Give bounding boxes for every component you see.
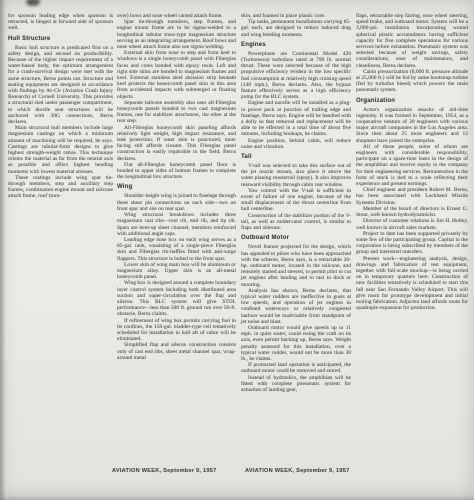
paragraph: Separate tailcone assembly also uses all… <box>117 100 236 125</box>
scan-ink-smudge <box>26 0 40 6</box>
paragraph: If protracted land operation is anticipa… <box>241 362 351 374</box>
scan-edge-shadow-left <box>0 0 6 500</box>
paragraph: Tip tanks, permanent installations carry… <box>241 19 351 38</box>
paragraph: All-Fiberglas honeycomb skin paneling af… <box>117 125 236 162</box>
folio-line-left: AVIATION WEEK, September 9, 1957 <box>112 468 216 474</box>
paragraph: Acme's organization smacks of old-time i… <box>356 107 468 144</box>
paragraph: Powerplants are Continental Model 420 (T… <box>241 51 351 101</box>
paragraph: Wing structural breakdown includes three… <box>117 212 236 237</box>
paragraph: External skin from nose to step and from… <box>117 50 236 100</box>
paragraph: Construction of the stabilizer portion o… <box>241 213 351 232</box>
paragraph: Yaw control with the V-tail is sufficien… <box>241 188 351 213</box>
text-column-2: over) bows and nose wheel canted attach … <box>117 13 236 361</box>
paragraph: Chief engineer and president Robert M. B… <box>356 187 468 206</box>
paragraph: Director of customer relations is Jim H.… <box>356 218 468 230</box>
paragraph: Engine and nacelle will be installed as … <box>241 100 351 137</box>
text-column-4: flaps, retractable step fairing, nose wh… <box>356 13 468 311</box>
folio-line-right: AVIATION WEEK, September 9, 1957 <box>245 468 349 474</box>
paragraph: Shoulder-height wing is joined to fusela… <box>117 193 236 212</box>
section-heading: Tail <box>241 154 351 161</box>
paragraph: Outboard motor would give speeds up to 1… <box>241 325 351 362</box>
paragraph: Analysis has shown, Berns declares, that… <box>241 288 351 325</box>
text-column-1: for sponson leading edge when sponson is… <box>8 13 113 200</box>
scan-edge-shadow-bottom <box>0 495 474 500</box>
paragraph: Cabin pressurization (8,000 ft. pressure… <box>356 69 468 94</box>
paragraph: Project to date has been supported priva… <box>356 231 468 256</box>
scanned-magazine-page: for sponson leading edge when sponson is… <box>0 0 474 500</box>
paragraph: Wing box is designed around a complete b… <box>117 280 236 317</box>
section-heading: Engines <box>241 42 351 49</box>
section-heading: Outboard Motor <box>241 235 351 242</box>
text-column-3: skin, and foamed in place plastic core.T… <box>241 13 351 393</box>
paragraph: Engine position, behind cabin, will redu… <box>241 138 351 150</box>
paragraph: for sponson leading edge when sponson is… <box>8 13 113 32</box>
paragraph: Instead of hydraulics, the amphibian wil… <box>241 375 351 394</box>
paragraph: If refinement of wing box permits carryi… <box>117 318 236 343</box>
paragraph: Member of the board of directors is Erne… <box>356 206 468 218</box>
paragraph: V-tail was selected to take this surface… <box>241 163 351 188</box>
paragraph: Main structural hull members include lar… <box>8 125 113 175</box>
paragraph: Basic hull structure is predicated first… <box>8 45 113 126</box>
paragraph: Novel feature projected for the design, … <box>241 244 351 287</box>
section-heading: Hull Structure <box>8 36 113 43</box>
paragraph: All of these people, some of whom are en… <box>356 144 468 187</box>
paragraph: Present work—engineering analysis, desig… <box>356 256 468 312</box>
paragraph: flaps, retractable step fairing, nose wh… <box>356 13 468 69</box>
paragraph: Flat all-Fiberglas honeycomb panel floor… <box>117 162 236 181</box>
section-heading: Organization <box>356 98 468 105</box>
section-heading: Wing <box>117 184 236 191</box>
paragraph: These castings include wing spar tie-thr… <box>8 175 113 200</box>
paragraph: Spar tie-through members, step frames, a… <box>117 19 236 50</box>
paragraph: Lower skin of wing main box will be alum… <box>117 262 236 281</box>
paragraph: Leading edge nose box on each wing serve… <box>117 237 236 262</box>
paragraph: Simplified flap and aileron construction… <box>117 342 236 361</box>
